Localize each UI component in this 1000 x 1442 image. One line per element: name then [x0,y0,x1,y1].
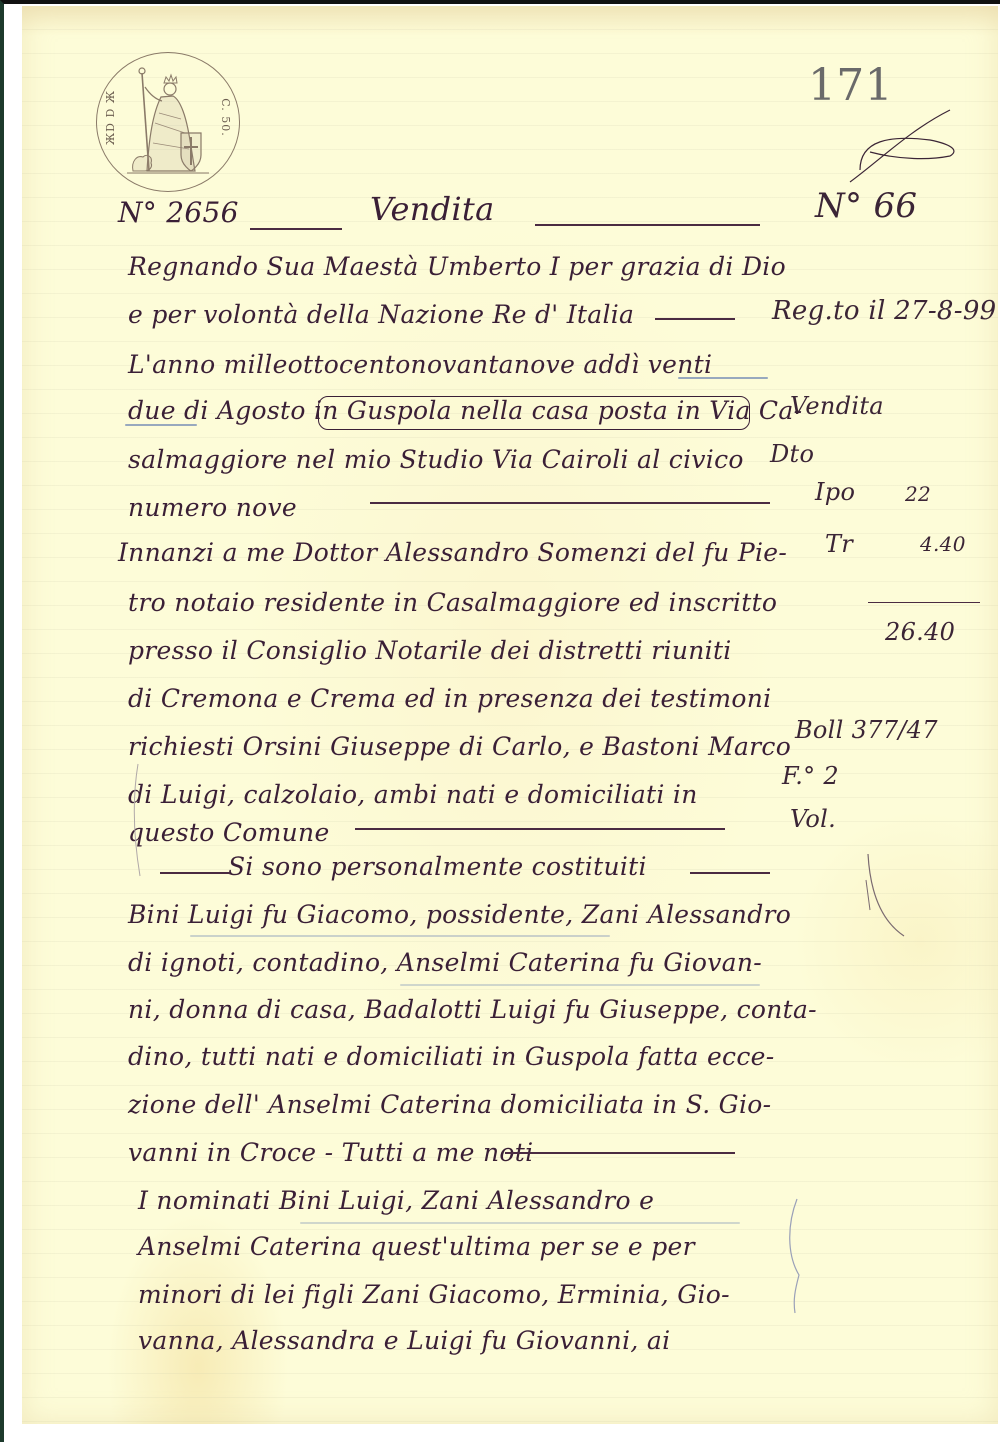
text-line-19: zione dell' Anselmi Caterina domiciliata… [128,1090,771,1119]
text-line-2: e per volontà della Nazione Re d' Italia [128,300,634,329]
text-line-20: vanni in Croce - Tutti a me noti [128,1138,533,1167]
text-line-17: ni, donna di casa, Badalotti Luigi fu Gi… [128,995,817,1024]
line-filler-rule [355,828,725,830]
text-line-9: presso il Consiglio Notarile dei distret… [128,636,732,665]
text-line-16: di ignoti, contadino, Anselmi Caterina f… [128,948,762,977]
text-line-10: di Cremona e Crema ed in presenza dei te… [128,684,771,713]
fee-total: 26.40 [885,618,955,646]
act-number: N° 66 [815,186,917,226]
stamp-left-text: ЖD D Ж [104,90,117,145]
text-line-13: questo Comune [128,818,330,847]
paper-edge-tint [22,6,998,36]
fogli-note: F.° 2 [782,762,839,790]
text-line-6: numero nove [128,493,297,522]
blue-pencil-mark [678,377,768,379]
text-line-7: Innanzi a me Dottor Alessandro Somenzi d… [118,538,787,567]
stamp-value-text: C. 50. [219,98,232,137]
fee-label-tr: Tr [825,530,853,558]
fee-label-dto: Dto [770,440,814,468]
text-line-15: Bini Luigi fu Giacomo, possidente, Zani … [128,900,791,929]
text-line-18: dino, tutti nati e domiciliati in Guspol… [128,1042,775,1071]
deed-number: N° 2656 [118,196,239,229]
text-line-3: L'anno milleottocentonovantanove addì ve… [128,350,712,379]
text-line-24: vanna, Alessandra e Luigi fu Giovanni, a… [138,1326,670,1355]
blue-pencil-mark [400,984,760,986]
text-line-21: I nominati Bini Luigi, Zani Alessandro e [138,1186,654,1215]
blue-pencil-mark [190,935,610,937]
registration-type: Vendita [790,392,884,420]
line-filler-rule [690,872,770,874]
text-line-1: Regnando Sua Maestà Umberto I per grazia… [128,252,786,281]
registration-note: Reg.to il 27-8-99 [772,296,997,326]
pencil-bracket-icon [130,760,150,880]
text-line-11: richiesti Orsini Giuseppe di Carlo, e Ba… [128,732,791,761]
volume-note: Vol. [790,805,836,833]
blue-pencil-mark [300,1222,740,1224]
italia-figure-icon [97,53,238,190]
fee-amount-2: 4.40 [920,532,966,556]
boxed-insertion-mark [318,396,750,430]
pencil-bracket-icon [785,1195,805,1315]
pencil-flourish-icon [860,850,910,940]
bollo-note: Boll 377/47 [795,716,938,744]
flourish-icon [840,100,990,190]
header-rule-left [250,228,342,230]
text-line-12: di Luigi, calzolaio, ambi nati e domicil… [128,780,698,809]
text-line-14: Si sono personalmente costituiti [228,852,647,881]
line-filler-rule [505,1152,735,1154]
line-filler-rule [160,872,230,874]
text-line-23: minori di lei figli Zani Giacomo, Ermini… [138,1280,730,1309]
header-rule-right [535,224,760,226]
fee-sum-rule [868,602,980,603]
line-filler-rule [655,318,735,320]
line-filler-rule [370,502,770,504]
revenue-stamp: ЖD D Ж C. 50. [96,52,240,192]
fee-label-ipo: Ipo [815,478,855,506]
deed-title: Vendita [370,190,494,228]
text-line-5: salmaggiore nel mio Studio Via Cairoli a… [128,445,744,474]
text-line-8: tro notaio residente in Casalmaggiore ed… [128,588,777,617]
text-line-22: Anselmi Caterina quest'ultima per se e p… [138,1232,695,1261]
fee-amount-1: 22 [905,482,931,506]
